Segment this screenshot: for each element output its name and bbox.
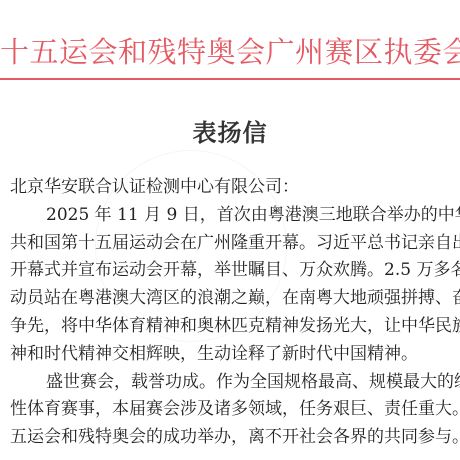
letterhead-title: 十五运会和残特奥会广州赛区执委会 [0, 34, 460, 70]
letter-body: 北京华安联合认证检测中心有限公司： 2025 年 11 月 9 日，首次由粤港澳… [10, 174, 450, 452]
paragraph-line: 争先，将中华体育精神和奥林匹克精神发扬光大，让中华民族精 [10, 313, 450, 341]
paragraph-line: 2025 年 11 月 9 日，首次由粤港澳三地联合举办的中华人民 [10, 202, 450, 230]
paragraph-line: 神和时代精神交相辉映，生动诠释了新时代中国精神。 [10, 341, 450, 369]
paragraph-line: 共和国第十五届运动会在广州隆重开幕。习近平总书记亲自出席 [10, 230, 450, 258]
paragraph-line: 盛世赛会，载誉功成。作为全国规格最高、规模最大的综合 [10, 369, 450, 397]
paragraph-line: 性体育赛事，本届赛会涉及诸多领域，任务艰巨、责任重大。十 [10, 396, 450, 424]
paragraph-2: 盛世赛会，载誉功成。作为全国规格最高、规模最大的综合 性体育赛事，本届赛会涉及诸… [10, 369, 450, 452]
salutation: 北京华安联合认证检测中心有限公司： [10, 174, 450, 202]
paragraph-line: 动员站在粤港澳大湾区的浪潮之巅，在南粤大地顽强拼搏、奋勇 [10, 285, 450, 313]
paragraph-line: 开幕式并宣布运动会开幕，举世瞩目、万众欢腾。2.5 万多名运 [10, 257, 450, 285]
paragraph-1: 2025 年 11 月 9 日，首次由粤港澳三地联合举办的中华人民 共和国第十五… [10, 202, 450, 369]
paragraph-line: 五运会和残特奥会的成功举办，离不开社会各界的共同参与。筹 [10, 424, 450, 452]
document-title: 表扬信 [0, 118, 460, 148]
letterhead-red-rule [0, 78, 460, 80]
